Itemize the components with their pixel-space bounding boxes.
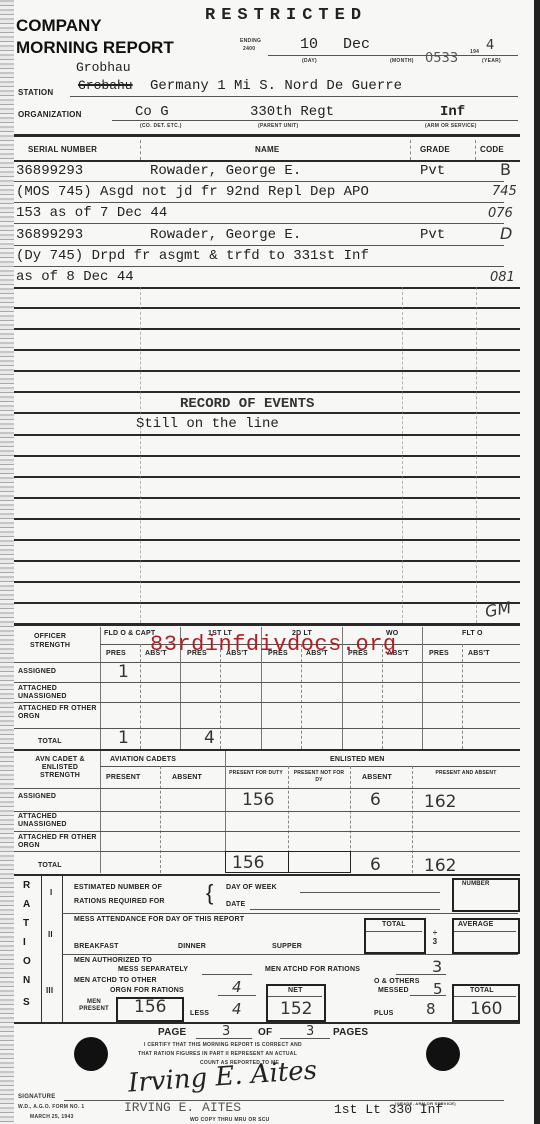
rule bbox=[300, 892, 440, 893]
organization-arm: Inf bbox=[440, 104, 465, 120]
organization-parent-unit: 330th Regt bbox=[250, 104, 334, 120]
remark-text: 153 as of 7 Dec 44 bbox=[16, 205, 167, 221]
rule bbox=[366, 931, 422, 932]
enlisted-total-pfd: 156 bbox=[232, 853, 264, 873]
rule bbox=[268, 996, 322, 997]
report-month: Dec bbox=[343, 36, 370, 53]
col-divider bbox=[140, 644, 142, 749]
header-divider bbox=[14, 134, 520, 137]
caption-arm: (ARM OR SERVICE) bbox=[425, 123, 477, 129]
grade: Pvt bbox=[420, 163, 445, 179]
total-label: TOTAL bbox=[382, 921, 406, 928]
rule bbox=[454, 931, 516, 932]
month-caption: (MONTH) bbox=[390, 58, 414, 64]
officer-strength-title-2: STRENGTH bbox=[30, 642, 70, 649]
officer-total-1stlt-pres: 4 bbox=[204, 728, 215, 748]
code-header: CODE bbox=[480, 145, 504, 154]
certify-line-1: I CERTIFY THAT THIS MORNING REPORT IS CO… bbox=[144, 1042, 302, 1048]
rule bbox=[14, 434, 520, 436]
day-caption: (DAY) bbox=[302, 58, 317, 64]
men-atchd-for-rations-label: MEN ATCHD FOR RATIONS bbox=[265, 966, 360, 973]
rule bbox=[14, 245, 504, 246]
code: 076 bbox=[488, 206, 513, 221]
col-divider bbox=[62, 876, 63, 1022]
others-messed-label-1: O & OTHERS bbox=[374, 978, 420, 985]
rule bbox=[454, 996, 516, 997]
enlisted-assigned-pres-abs: 162 bbox=[424, 792, 456, 812]
rule bbox=[100, 766, 520, 767]
less-value: 4 bbox=[232, 1000, 242, 1018]
rule bbox=[14, 728, 520, 729]
rule bbox=[14, 539, 520, 541]
col-divider bbox=[422, 627, 423, 749]
scan-edge-border bbox=[534, 0, 540, 1124]
rule bbox=[14, 874, 520, 876]
rations-letter: N bbox=[23, 975, 30, 986]
grade: Pvt bbox=[420, 227, 445, 243]
signature: Irving E. Aites bbox=[127, 1055, 318, 1098]
col-divider bbox=[140, 287, 142, 623]
average-label: AVERAGE bbox=[458, 921, 494, 928]
organization-underline bbox=[112, 120, 518, 121]
name-header: NAME bbox=[255, 145, 279, 154]
rule bbox=[280, 1038, 330, 1039]
page-number: 3 bbox=[222, 1024, 230, 1039]
remark-text: (Dy 745) Drpd fr asgmt & trfd to 331st I… bbox=[16, 248, 369, 264]
remark-text: as of 8 Dec 44 bbox=[16, 269, 134, 285]
rule bbox=[14, 602, 520, 604]
col-divider bbox=[402, 287, 404, 623]
men-authorized-label-1: MEN AUTHORIZED TO bbox=[74, 957, 152, 964]
col-divider bbox=[476, 287, 478, 623]
men-atchd-other-value: 4 bbox=[232, 978, 242, 996]
col-absent: ABSENT bbox=[362, 774, 392, 781]
col-divider bbox=[412, 766, 414, 873]
col-divider bbox=[41, 876, 42, 1022]
rule bbox=[14, 581, 520, 583]
day-of-week-label: DAY OF WEEK bbox=[226, 884, 277, 891]
soldier-name: Rowader, George E. bbox=[150, 163, 301, 179]
officer-strength-title: OFFICER bbox=[34, 633, 66, 640]
rule bbox=[14, 202, 504, 203]
est-rations-label-1: ESTIMATED NUMBER OF bbox=[74, 884, 162, 891]
grade-header: GRADE bbox=[420, 145, 450, 154]
men-present-label: MEN PRESENT bbox=[76, 999, 112, 1013]
col-divider bbox=[100, 751, 101, 873]
organization-company: Co G bbox=[135, 104, 169, 120]
serial-number: 36899293 bbox=[16, 227, 83, 243]
col-divider bbox=[410, 140, 412, 160]
enlisted-strength-title: AVN CADET & ENLISTED STRENGTH bbox=[22, 756, 98, 780]
rule bbox=[14, 702, 520, 703]
row-label-attached-unassigned: ATTACHED UNASSIGNED bbox=[18, 685, 98, 701]
total-label: TOTAL bbox=[470, 987, 494, 994]
group-fld-o-capt: FLD O & CAPT bbox=[104, 630, 155, 637]
page-label: PAGE bbox=[158, 1027, 186, 1038]
section-i-num: I bbox=[50, 888, 52, 897]
enlisted-assigned-absent: 6 bbox=[370, 790, 381, 810]
station-value: Germany 1 Mi S. Nord De Guerre bbox=[150, 78, 402, 94]
officer-total-fld-pres: 1 bbox=[118, 728, 129, 748]
section-ii-num: II bbox=[48, 930, 53, 939]
ending-time: 2400 bbox=[243, 46, 255, 52]
soldier-name: Rowader, George E. bbox=[150, 227, 301, 243]
typed-name: IRVING E. AITES bbox=[124, 1100, 241, 1115]
col-av-absent: ABSENT bbox=[172, 774, 202, 781]
rule bbox=[14, 223, 504, 224]
col-present-for-duty: PRESENT FOR DUTY bbox=[228, 770, 284, 777]
rule bbox=[218, 995, 256, 996]
rule bbox=[14, 1022, 520, 1024]
row-label-total: TOTAL bbox=[38, 862, 62, 869]
men-present-value: 156 bbox=[134, 997, 166, 1017]
col-divider bbox=[301, 644, 303, 749]
total-value: 160 bbox=[470, 999, 502, 1019]
wd-copy-note: WD COPY THRU MRU OR SCU bbox=[190, 1117, 270, 1123]
mess-attendance-label: MESS ATTENDANCE FOR DAY OF THIS REPORT bbox=[74, 916, 244, 923]
station-label: STATION bbox=[18, 88, 53, 97]
serial-header: SERIAL NUMBER bbox=[28, 145, 97, 154]
code: 081 bbox=[490, 270, 515, 285]
grade-caption: (GRADE, ARM OR SERVICE) bbox=[395, 1101, 456, 1106]
rule bbox=[14, 266, 504, 267]
station-underline bbox=[70, 96, 518, 97]
sub-pres: PRES bbox=[106, 650, 126, 657]
scan-edge-noise bbox=[0, 0, 14, 1124]
rations-letter: T bbox=[23, 918, 29, 929]
station-inserted-text: Grobhau bbox=[76, 60, 131, 75]
rule bbox=[62, 913, 518, 914]
col-present-not-for-duty: PRESENT NOT FOR DY bbox=[290, 770, 348, 784]
ending-label: ENDING bbox=[240, 38, 261, 44]
stamp-code: 0533 bbox=[425, 51, 458, 66]
station-struck-text: Grobahu bbox=[78, 78, 133, 93]
rule bbox=[14, 307, 520, 309]
signature-label: SIGNATURE bbox=[18, 1094, 56, 1100]
col-divider bbox=[220, 644, 222, 749]
rule bbox=[250, 909, 440, 910]
rule bbox=[14, 349, 520, 351]
men-atchd-other-label-2: ORGN FOR RATIONS bbox=[110, 987, 184, 994]
organization-label: ORGANIZATION bbox=[18, 110, 82, 119]
rule bbox=[14, 749, 520, 751]
number-label: NUMBER bbox=[462, 881, 490, 887]
code: 745 bbox=[492, 184, 517, 199]
divide-by-three: ÷ 3 bbox=[430, 928, 440, 946]
col-av-present: PRESENT bbox=[106, 774, 140, 781]
men-atchd-other-label-1: MEN ATCHD TO OTHER bbox=[74, 977, 157, 984]
less-label: LESS bbox=[190, 1010, 209, 1017]
form-title-morning-report: MORNING REPORT bbox=[16, 38, 174, 58]
page-total: 3 bbox=[306, 1024, 314, 1039]
men-authorized-label-2: MESS SEPARATELY bbox=[118, 966, 188, 973]
rule bbox=[14, 497, 520, 499]
enlisted-assigned-pfd: 156 bbox=[242, 790, 274, 810]
rations-letter: I bbox=[23, 937, 26, 948]
row-label-attached-fr-other: ATTACHED FR OTHER ORGN bbox=[18, 834, 98, 850]
rule bbox=[14, 682, 520, 683]
date-label: DATE bbox=[226, 901, 245, 908]
breakfast-label: BREAKFAST bbox=[74, 943, 119, 950]
aviation-cadets-group: AVIATION CADETS bbox=[110, 756, 176, 763]
restricted-stamp: RESTRICTED bbox=[205, 6, 367, 25]
rule bbox=[14, 788, 520, 789]
plus-label: PLUS bbox=[374, 1010, 393, 1017]
certify-line-2: THAT RATION FIGURES IN PART II REPRESENT… bbox=[138, 1051, 297, 1057]
code: D bbox=[500, 224, 512, 243]
section-iii-num: III bbox=[46, 986, 53, 995]
row-label-total: TOTAL bbox=[38, 738, 62, 745]
enlisted-total-pres-abs: 162 bbox=[424, 856, 456, 876]
report-day: 10 bbox=[300, 36, 318, 53]
rule bbox=[14, 831, 520, 832]
est-rations-label-2: RATIONS REQUIRED FOR bbox=[74, 898, 165, 905]
date-underline bbox=[268, 55, 518, 56]
enlisted-total-absent: 6 bbox=[370, 855, 381, 875]
caption-company: (CO. DET. ETC.) bbox=[140, 123, 182, 129]
col-divider bbox=[288, 851, 289, 873]
rule bbox=[62, 954, 518, 955]
plus-value: 8 bbox=[426, 1000, 436, 1018]
rule bbox=[202, 974, 252, 975]
remark-text: (MOS 745) Asgd not jd fr 92nd Repl Dep A… bbox=[16, 184, 369, 200]
rule bbox=[14, 328, 520, 330]
group-flt-o: FLT O bbox=[462, 630, 483, 637]
col-divider bbox=[462, 644, 464, 749]
rations-letter: R bbox=[23, 880, 30, 891]
net-label: NET bbox=[288, 987, 303, 994]
code: B bbox=[500, 160, 511, 179]
rations-letter: O bbox=[23, 956, 31, 967]
col-divider bbox=[475, 140, 477, 160]
officer-assigned-fld-pres: 1 bbox=[118, 662, 129, 682]
col-present-and-absent: PRESENT AND ABSENT bbox=[420, 770, 512, 777]
rule bbox=[14, 623, 520, 626]
website-watermark: 83rdinfdivdocs.org bbox=[150, 632, 397, 657]
brace: { bbox=[206, 880, 214, 906]
rule bbox=[14, 412, 520, 414]
rule bbox=[196, 1038, 252, 1039]
morning-report-page: RESTRICTED COMPANY MORNING REPORT ENDING… bbox=[0, 0, 540, 1124]
rule bbox=[14, 370, 520, 372]
form-date: MARCH 25, 1943 bbox=[30, 1114, 74, 1120]
rule bbox=[14, 181, 504, 182]
rule bbox=[14, 811, 520, 812]
row-label-assigned: ASSIGNED bbox=[18, 668, 56, 675]
initials: GM bbox=[484, 598, 513, 621]
rule bbox=[14, 476, 520, 478]
rule bbox=[410, 995, 446, 996]
sub-pres: PRES bbox=[429, 650, 449, 657]
serial-number: 36899293 bbox=[16, 163, 83, 179]
col-divider bbox=[140, 140, 142, 160]
record-of-events-heading: RECORD OF EVENTS bbox=[180, 396, 314, 412]
sub-abst: ABS'T bbox=[468, 650, 490, 657]
rule bbox=[396, 974, 446, 975]
rations-letter: S bbox=[23, 997, 30, 1008]
pages-label: PAGES bbox=[333, 1027, 368, 1038]
supper-label: SUPPER bbox=[272, 943, 302, 950]
enlisted-men-group: ENLISTED MEN bbox=[330, 756, 385, 763]
roster-header-line bbox=[14, 160, 520, 162]
rule bbox=[14, 455, 520, 457]
row-label-assigned: ASSIGNED bbox=[18, 793, 56, 800]
punch-hole-left bbox=[74, 1037, 108, 1071]
year-caption: (YEAR) bbox=[482, 58, 501, 64]
row-label-attached-fr-other: ATTACHED FR OTHER ORGN bbox=[18, 705, 98, 721]
punch-hole-right bbox=[426, 1037, 460, 1071]
year-suffix: 4 bbox=[486, 38, 494, 53]
of-label: OF bbox=[258, 1027, 272, 1038]
rule bbox=[14, 518, 520, 520]
record-of-events-text: Still on the line bbox=[136, 416, 279, 432]
rations-letter: A bbox=[23, 899, 30, 910]
col-divider bbox=[160, 766, 162, 873]
rule bbox=[14, 287, 520, 289]
rule bbox=[14, 560, 520, 562]
others-messed-label-2: MESSED bbox=[378, 987, 409, 994]
net-value: 152 bbox=[280, 999, 312, 1019]
caption-parent: (PARENT UNIT) bbox=[258, 123, 298, 129]
row-label-attached-unassigned: ATTACHED UNASSIGNED bbox=[18, 813, 98, 829]
form-number: W.D., A.G.O. FORM NO. 1 bbox=[18, 1104, 84, 1110]
col-divider bbox=[100, 627, 101, 749]
rule bbox=[14, 662, 520, 663]
dinner-label: DINNER bbox=[178, 943, 206, 950]
rule bbox=[14, 391, 520, 393]
form-title-company: COMPANY bbox=[16, 16, 102, 36]
col-divider bbox=[382, 644, 384, 749]
